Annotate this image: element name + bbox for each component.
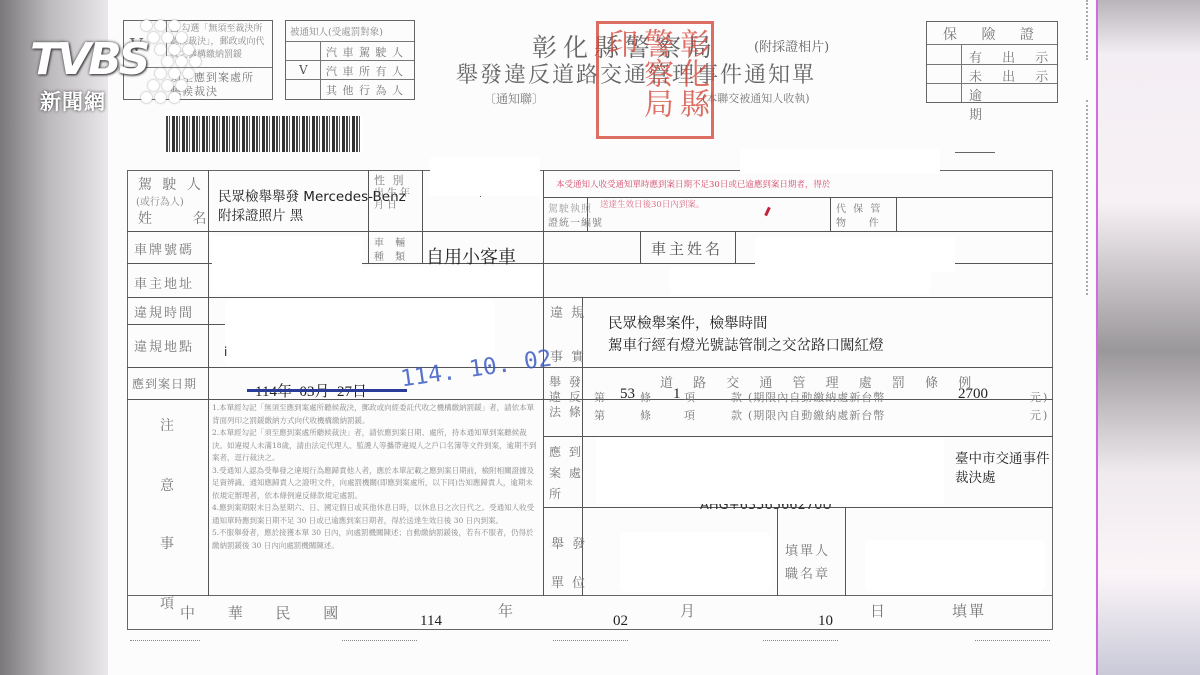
venue-value-line1: 臺中市交通事件 (955, 447, 1050, 467)
appear-date-strikethrough (247, 389, 407, 392)
law-row-2-clause-unit: 款 (731, 407, 744, 423)
venue-label-bot: 所 (549, 485, 563, 502)
insurance-expired: 逾 期 (969, 85, 1057, 123)
law-row-2-item-unit: 項 (684, 407, 697, 423)
law-row-2-article-unit: 條 (640, 407, 653, 423)
footer-month: 02 (613, 613, 628, 630)
issuer-label-top: 舉 發 (551, 533, 587, 552)
law-row-1-prefix: 第 (594, 389, 607, 405)
violation-place-label: 違規地點 (134, 336, 194, 355)
perforation-top (1086, 0, 1092, 60)
vehicle-type-value: 自用小客車 (426, 243, 516, 269)
venue-label-top: 應 到 (549, 443, 583, 460)
custody-label-top: 代 保 管 (836, 200, 882, 215)
plate-label: 車牌號碼 (134, 239, 194, 258)
law-row-1-article: 53 (620, 386, 635, 403)
notes-label-1: 注 (160, 415, 176, 435)
notified-row-other: 其 他 行 為 人 (326, 82, 404, 98)
redacted-birthdate-address (430, 158, 540, 196)
redacted-venue (596, 438, 944, 504)
footer-fill-label: 填單 (952, 600, 986, 621)
footer-year: 114 (420, 613, 442, 630)
filler-label-bot: 職名章 (785, 563, 830, 582)
law-row-1-currency: 元) (1030, 389, 1049, 405)
venue-value-line2: 裁決處 (955, 466, 996, 486)
owner-name-label: 車主姓名 (651, 238, 723, 259)
notified-row-owner-mark: V (299, 63, 308, 77)
violation-place-value: i (224, 345, 227, 359)
custody-label-bot: 物 件 (836, 214, 881, 229)
notified-row-owner: 汽 車 所 有 人 (326, 63, 404, 79)
law-row-1-fine-amount: 2700 (958, 386, 988, 403)
vehicle-type-label-bot: 種 類 (374, 248, 409, 263)
note-item-2: 2.本單經勾記「須至應到案處所聽候裁決」者，請依應到案日期、處所，持本通知單到案… (212, 427, 538, 465)
facts-line-1: 民眾檢舉案件，檢舉時間 (608, 312, 768, 333)
insurance-shown: 有 出 示 (969, 47, 1056, 66)
law-row-2-currency: 元) (1030, 407, 1049, 423)
birth-label: 出生年月日 (374, 188, 418, 212)
filler-label-top: 填單人 (785, 540, 830, 559)
law-row-1-note: (期限內自動繳納處新台幣 (748, 389, 885, 405)
tvbs-logo-text: TVBS (30, 34, 147, 85)
id-label-bot: 證統一編號 (548, 214, 603, 229)
red-notice-line1: 本受通知人收受通知單時應到案日期不足30日或已逾應到案日期者，得於 (556, 178, 830, 190)
redacted-violation-time (225, 300, 495, 366)
note-item-5: 5.不服舉發者，應於接獲本單 30 日內，向處罰機關陳述；自動繳納罰鍰後，若有不… (212, 527, 538, 552)
copy-right-label: (本聯交被通知人收執) (702, 90, 810, 106)
violation-time-label: 違規時間 (134, 302, 194, 321)
redacted-owner-address-2 (670, 267, 930, 295)
copy-left-label: 〔通知聯〕 (484, 90, 544, 107)
right-background (1098, 0, 1200, 675)
facts-line-2: 駕車行經有燈光號誌管制之交岔路口闖紅燈 (608, 334, 884, 355)
insurance-not-shown: 未 出 示 (969, 66, 1056, 85)
law-row-2-prefix: 第 (594, 407, 607, 423)
agency-note: (附採證相片) (754, 36, 829, 55)
seal-text: 彰化縣警察局印 (605, 28, 709, 136)
facts-label-top: 違 規 (550, 302, 586, 321)
notified-person-box: 被通知人(受處罰對象) 汽 車 駕 駛 人 V 汽 車 所 有 人 其 他 行 … (285, 20, 415, 100)
note-item-1: 1.本單經勾記「無須至應到案處所聽候裁決，郵政或向經委託代收之機構繳納罰鍰」者，… (212, 402, 538, 427)
owner-address-label: 車主地址 (134, 273, 194, 292)
red-notice-line2: 送達生效日後30日內到案。 (600, 198, 704, 210)
note-item-3: 3.受通知人認為受舉發之違規行為應歸責他人者，應於本單記載之應到案日期前，檢附相… (212, 465, 538, 503)
insurance-title: 保 險 證 (943, 24, 1044, 44)
gender-label: 性 別 (374, 172, 406, 188)
driver-label-top: 駕 駛 人 (138, 174, 204, 194)
vehicle-type-label-top: 車 輛 (374, 234, 409, 249)
tvbs-logo: TVBS 新聞網 (28, 28, 218, 118)
id-label-top: 駕駛執照 (548, 200, 592, 215)
driver-label-mid: (或行為人) (136, 193, 184, 208)
redacted-owner-address (212, 267, 542, 295)
footer-era: 中 華 民 國 (180, 602, 352, 623)
appear-date-label: 應到案日期 (132, 375, 197, 392)
law-row-1-article-unit: 條 (640, 389, 653, 405)
law-row-1-clause-unit: 款 (731, 389, 744, 405)
tvbs-logo-subtitle: 新聞網 (40, 86, 106, 116)
footer-year-unit: 年 (498, 600, 515, 621)
notes-list: 1.本單經勾記「無須至應到案處所聽候裁決，郵政或向經委託代收之機構繳納罰鍰」者，… (212, 402, 538, 624)
notes-label-2: 意 (160, 475, 176, 495)
note-item-4: 4.應到案期限末日為星期六、日、國定假日或其他休息日時，以休息日之次日代之。受通… (212, 502, 538, 527)
notes-label-3: 事 (160, 533, 176, 553)
notified-box-title: 被通知人(受處罰對象) (290, 24, 383, 38)
official-seal: 彰化縣警察局印 (596, 21, 714, 139)
facts-label-bot: 事 實 (550, 346, 586, 365)
redacted-issuer (620, 532, 770, 592)
footer-month-unit: 月 (680, 600, 697, 621)
law-row-1-item: 1 (673, 386, 681, 403)
venue-label-mid: 案 處 (549, 464, 583, 481)
issuer-label-bot: 單 位 (551, 572, 587, 591)
footer-day-unit: 日 (870, 600, 887, 621)
footer-day: 10 (818, 613, 833, 630)
insurance-box: 保 險 證 有 出 示 未 出 示 逾 期 (926, 21, 1058, 103)
law-row-2-note: (期限內自動繳納處新台幣 (748, 407, 885, 423)
driver-label-bot: 姓 名 (138, 208, 224, 228)
driver-value-line2: 附採證照片 黑 (218, 204, 303, 224)
barcode (166, 116, 362, 152)
law-row-1-item-unit: 項 (684, 389, 697, 405)
perforation-middle (1086, 100, 1092, 295)
law-label-bot: 法 條 (549, 403, 583, 420)
notified-row-driver: 汽 車 駕 駛 人 (326, 44, 404, 60)
redacted-filler (865, 540, 1045, 592)
redacted-address (740, 150, 940, 174)
